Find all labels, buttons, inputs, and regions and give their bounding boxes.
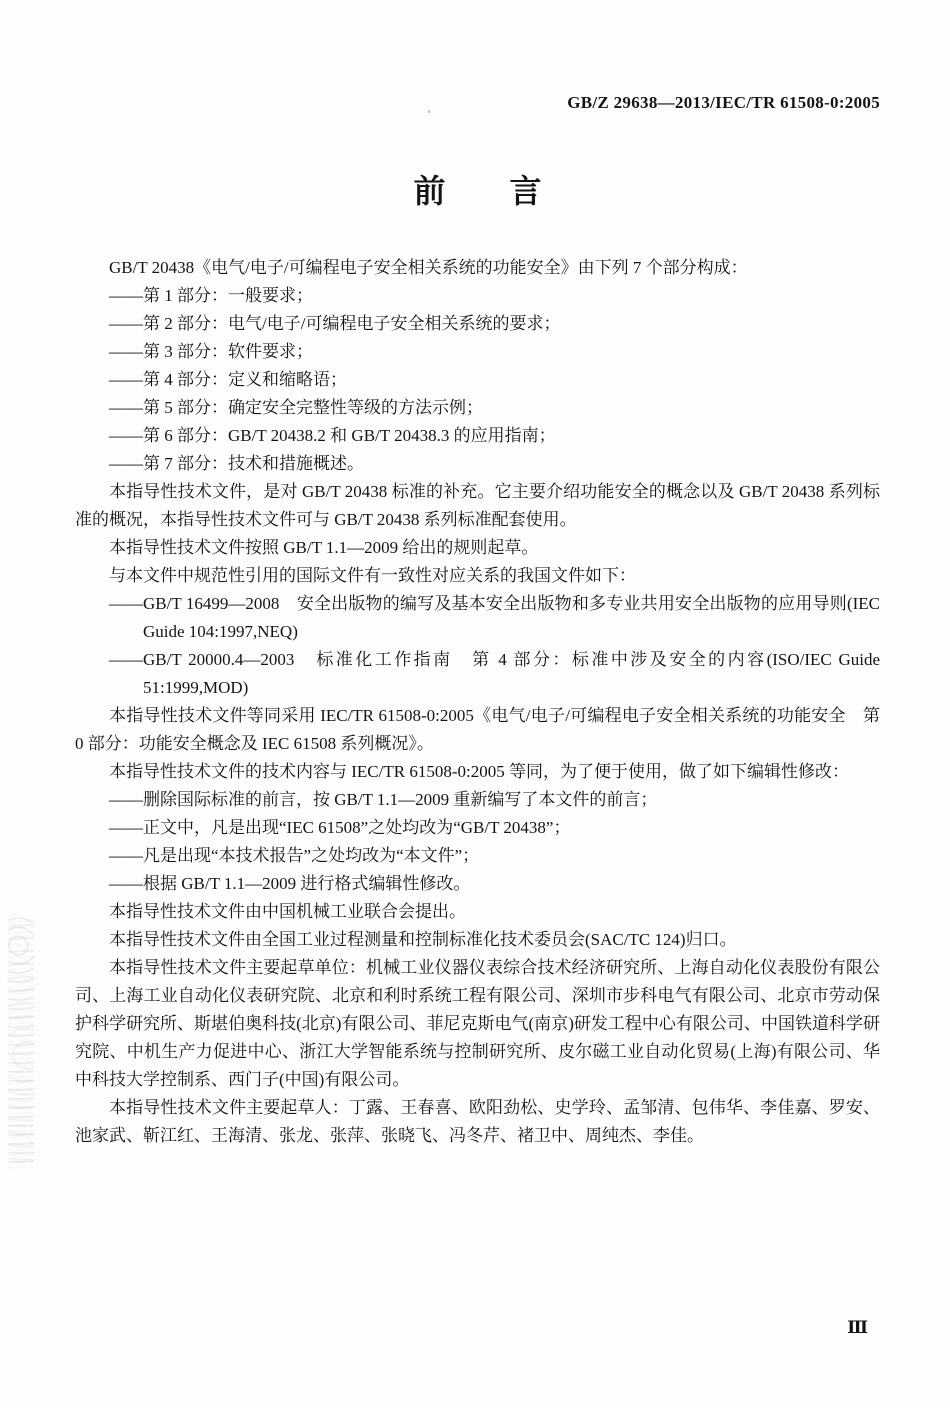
document-page: GB/Z 29638—2013/IEC/TR 61508-0:2005 前 言 … xyxy=(0,0,950,1408)
paragraph: 本指导性技术文件主要起草单位：机械工业仪器仪表综合技术经济研究所、上海自动化仪表… xyxy=(75,954,880,1094)
paragraph: 本指导性技术文件由全国工业过程测量和控制标准化技术委员会(SAC/TC 124)… xyxy=(75,926,880,954)
scan-noise-artifact xyxy=(8,915,34,1170)
paragraph: ——第 4 部分：定义和缩略语； xyxy=(75,366,880,394)
paragraph: 本指导性技术文件的技术内容与 IEC/TR 61508-0:2005 等同，为了… xyxy=(75,758,880,786)
paragraph: ——第 1 部分：一般要求； xyxy=(75,282,880,310)
paragraph: 本指导性技术文件由中国机械工业联合会提出。 xyxy=(75,898,880,926)
paragraph: ——正文中，凡是出现“IEC 61508”之处均改为“GB/T 20438”； xyxy=(75,814,880,842)
paragraph: 本指导性技术文件，是对 GB/T 20438 标准的补充。它主要介绍功能安全的概… xyxy=(75,478,880,534)
page-header: GB/Z 29638—2013/IEC/TR 61508-0:2005 xyxy=(0,0,950,113)
page-title: 前 言 xyxy=(75,175,880,207)
paragraph: ——删除国际标准的前言，按 GB/T 1.1—2009 重新编写了本文件的前言； xyxy=(75,786,880,814)
scan-speck-artifact xyxy=(428,110,430,113)
standard-code: GB/Z 29638—2013/IEC/TR 61508-0:2005 xyxy=(567,93,880,112)
paragraph: ——GB/T 20000.4—2003 标准化工作指南 第 4 部分：标准中涉及… xyxy=(75,646,880,702)
paragraph: ——第 7 部分：技术和措施概述。 xyxy=(75,450,880,478)
paragraph: ——凡是出现“本技术报告”之处均改为“本文件”； xyxy=(75,842,880,870)
paragraph: 本指导性技术文件主要起草人：丁露、王春喜、欧阳劲松、史学玲、孟邹清、包伟华、李佳… xyxy=(75,1094,880,1150)
paragraph: 本指导性技术文件等同采用 IEC/TR 61508-0:2005《电气/电子/可… xyxy=(75,702,880,758)
paragraph: ——根据 GB/T 1.1—2009 进行格式编辑性修改。 xyxy=(75,870,880,898)
document-body: GB/T 20438《电气/电子/可编程电子安全相关系统的功能安全》由下列 7 … xyxy=(75,254,880,1150)
paragraph: ——第 2 部分：电气/电子/可编程电子安全相关系统的要求； xyxy=(75,310,880,338)
paragraph: 与本文件中规范性引用的国际文件有一致性对应关系的我国文件如下： xyxy=(75,562,880,590)
paragraph: ——第 6 部分：GB/T 20438.2 和 GB/T 20438.3 的应用… xyxy=(75,422,880,450)
paragraph: ——第 5 部分：确定安全完整性等级的方法示例； xyxy=(75,394,880,422)
paragraph: 本指导性技术文件按照 GB/T 1.1—2009 给出的规则起草。 xyxy=(75,534,880,562)
page-number: Ⅲ xyxy=(847,1318,868,1338)
paragraph: ——第 3 部分：软件要求； xyxy=(75,338,880,366)
paragraph: ——GB/T 16499—2008 安全出版物的编写及基本安全出版物和多专业共用… xyxy=(75,590,880,646)
paragraph: GB/T 20438《电气/电子/可编程电子安全相关系统的功能安全》由下列 7 … xyxy=(75,254,880,282)
